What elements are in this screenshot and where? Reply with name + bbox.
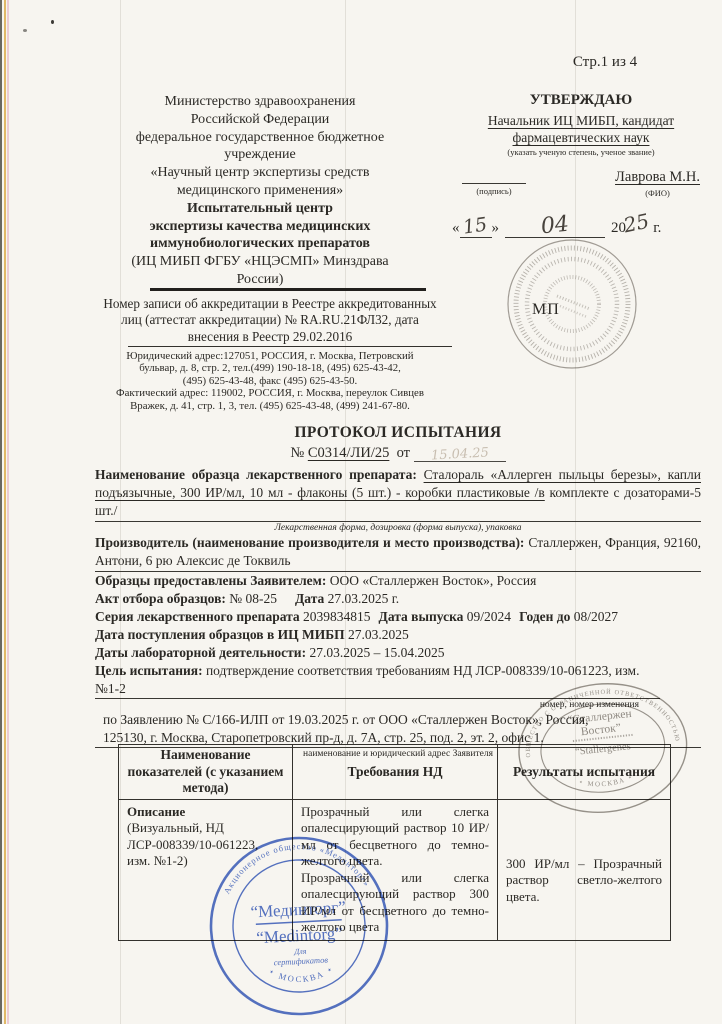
- scan-edge-dark: [0, 0, 2, 1024]
- expiry-label: Годен до: [519, 609, 570, 624]
- purpose-label: Цель испытания:: [95, 663, 203, 678]
- seal-place-label: МП: [532, 301, 560, 319]
- accreditation-line: лиц (аттестат аккредитации) № RA.RU.21ФЛ…: [80, 312, 460, 328]
- act-date-label: Дата: [295, 591, 324, 606]
- series-number: 2039834815: [303, 609, 371, 624]
- stallergenes-stamp: ОБЩЕСТВО С ОГРАНИЧЕННОЙ ОТВЕТСТВЕННОСТЬЮ…: [507, 671, 699, 829]
- sample-name-label: Наименование образца лекарственного преп…: [95, 467, 417, 482]
- address-line: Вражек, д. 41, стр. 1, 3, тел. (495) 625…: [70, 400, 470, 412]
- protocol-number-line: № С0314/ЛИ/25 от 15.04.25: [95, 445, 701, 462]
- act-line: Акт отбора образцов: № 08-25Дата 27.03.2…: [95, 590, 701, 608]
- divider-thin: [128, 346, 452, 347]
- address-line: бульвар, д. 8, стр. 2, тел.(499) 190-18-…: [70, 362, 470, 374]
- scan-speck: [51, 20, 54, 24]
- protocol-document: Стр.1 из 4 Министерство здравоохранения …: [0, 0, 722, 1024]
- medintorg-line4: сертификатов: [273, 955, 328, 968]
- name-caption: (ФИО): [609, 188, 706, 198]
- medintorg-ring-text: Акционерное общество «Мединторг»: [219, 837, 373, 896]
- accreditation-line: внесения в Реестр 29.02.2016: [80, 329, 460, 345]
- approver-name-slot: Лаврова М.Н. (ФИО): [609, 169, 706, 198]
- number-prefix: №: [290, 445, 304, 461]
- org-line-test-center: экспертизы качества медицинских: [80, 218, 440, 236]
- approver-name: Лаврова М.Н.: [609, 169, 706, 186]
- received-label: Дата поступления образцов в ИЦ МИБП: [95, 627, 345, 642]
- address-line: Фактический адрес: 119002, РОССИЯ, г. Мо…: [70, 387, 470, 399]
- approver-position: фармацевтических наук: [448, 129, 714, 146]
- org-line: «Научный центр экспертизы средств: [80, 164, 440, 182]
- address-line: (495) 625-43-48, факс (495) 625-43-50.: [70, 375, 470, 387]
- quote-open: «: [452, 220, 460, 236]
- samples-line: Образцы предоставлены Заявителем: ООО «С…: [95, 572, 701, 590]
- dosage-caption: Лекарственная форма, дозировка (форма вы…: [95, 522, 701, 534]
- signature-row: (подпись) Лаврова М.Н. (ФИО): [448, 169, 714, 198]
- sample-name-paragraph: Наименование образца лекарственного преп…: [95, 466, 701, 520]
- series-line: Серия лекарственного препарата 203983481…: [95, 608, 701, 626]
- divider-thick: [150, 288, 426, 291]
- manufacturer-label: Производитель (наименование производител…: [95, 535, 524, 550]
- expiry-date: 08/2027: [574, 609, 618, 624]
- round-seal-stamp: [502, 234, 642, 374]
- medintorg-line1: “Мединторг”: [250, 898, 346, 922]
- protocol-date-blank: 15.04.25: [414, 446, 506, 462]
- handwritten-protocol-date: 15.04.25: [430, 445, 489, 463]
- protocol-number: С0314/ЛИ/25: [308, 445, 390, 461]
- act-date: 27.03.2025 г.: [328, 591, 400, 606]
- release-label: Дата выпуска: [379, 609, 464, 624]
- org-line-test-center: иммунобиологических препаратов: [80, 235, 440, 253]
- act-label: Акт отбора образцов:: [95, 591, 226, 606]
- org-line-test-center: Испытательный центр: [80, 200, 440, 218]
- scan-edge-pink: [7, 0, 9, 1024]
- indicator-name: Описание: [127, 804, 185, 819]
- stallergenes-line3: “Stallergenes: [575, 741, 632, 758]
- org-line: (ИЦ МИБП ФГБУ «НЦЭСМП» Минздрава: [80, 253, 440, 271]
- signature-line: [462, 169, 526, 184]
- org-line: Министерство здравоохранения: [80, 93, 440, 111]
- position-hint: (указать ученую степень, ученое звание): [448, 147, 714, 157]
- signature-caption: (подпись): [462, 186, 526, 196]
- year-suffix: г.: [653, 220, 661, 236]
- approval-block: УТВЕРЖДАЮ Начальник ИЦ МИБП, кандидат фа…: [448, 92, 714, 238]
- protocol-title: ПРОТОКОЛ ИСПЫТАНИЯ: [95, 424, 701, 442]
- handwritten-day: 15: [463, 219, 488, 232]
- signature-slot: (подпись): [462, 169, 526, 198]
- samples-label: Образцы предоставлены Заявителем:: [95, 573, 326, 588]
- lab-dates-label: Даты лабораторной деятельности:: [95, 645, 306, 660]
- received-line: Дата поступления образцов в ИЦ МИБП 27.0…: [95, 626, 701, 644]
- medintorg-line2: “Medintorg”: [256, 924, 343, 948]
- page-number: Стр.1 из 4: [540, 54, 670, 71]
- quote-close: »: [492, 220, 500, 236]
- lab-dates-value: 27.03.2025 – 15.04.2025: [309, 645, 444, 660]
- org-line: России): [80, 271, 440, 289]
- header-requirements: Требования НД: [293, 745, 498, 800]
- manufacturer-paragraph: Производитель (наименование производител…: [95, 534, 701, 570]
- scan-speck: [23, 29, 27, 32]
- accreditation-block: Номер записи об аккредитации в Реестре а…: [80, 296, 460, 345]
- samples-value: ООО «Сталлержен Восток», Россия: [330, 573, 537, 588]
- series-label: Серия лекарственного препарата: [95, 609, 300, 624]
- org-line: учреждение: [80, 146, 440, 164]
- act-number: № 08-25: [229, 591, 277, 606]
- addresses-block: Юридический адрес:127051, РОССИЯ, г. Мос…: [70, 350, 470, 412]
- organization-header: Министерство здравоохранения Российской …: [80, 93, 440, 289]
- accreditation-line: Номер записи об аккредитации в Реестре а…: [80, 296, 460, 312]
- approval-title: УТВЕРЖДАЮ: [448, 92, 714, 109]
- lab-dates-line: Даты лабораторной деятельности: 27.03.20…: [95, 644, 701, 662]
- medintorg-stamp: Акционерное общество «Мединторг» “Мединт…: [199, 826, 399, 1024]
- header-indicator: Наименование показателей (с указанием ме…: [119, 745, 293, 800]
- from-label: от: [397, 445, 410, 461]
- handwritten-month: 04: [541, 220, 570, 233]
- org-line: федеральное государственное бюджетное: [80, 129, 440, 147]
- scan-edge-orange: [4, 0, 6, 1024]
- approver-position: Начальник ИЦ МИБП, кандидат: [448, 112, 714, 129]
- org-line: Российской Федерации: [80, 111, 440, 129]
- address-line: Юридический адрес:127051, РОССИЯ, г. Мос…: [70, 350, 470, 362]
- release-date: 09/2024: [467, 609, 511, 624]
- received-date: 27.03.2025: [348, 627, 409, 642]
- org-line: медицинского применения»: [80, 182, 440, 200]
- svg-text:Акционерное общество «Мединтор: Акционерное общество «Мединторг»: [219, 837, 373, 896]
